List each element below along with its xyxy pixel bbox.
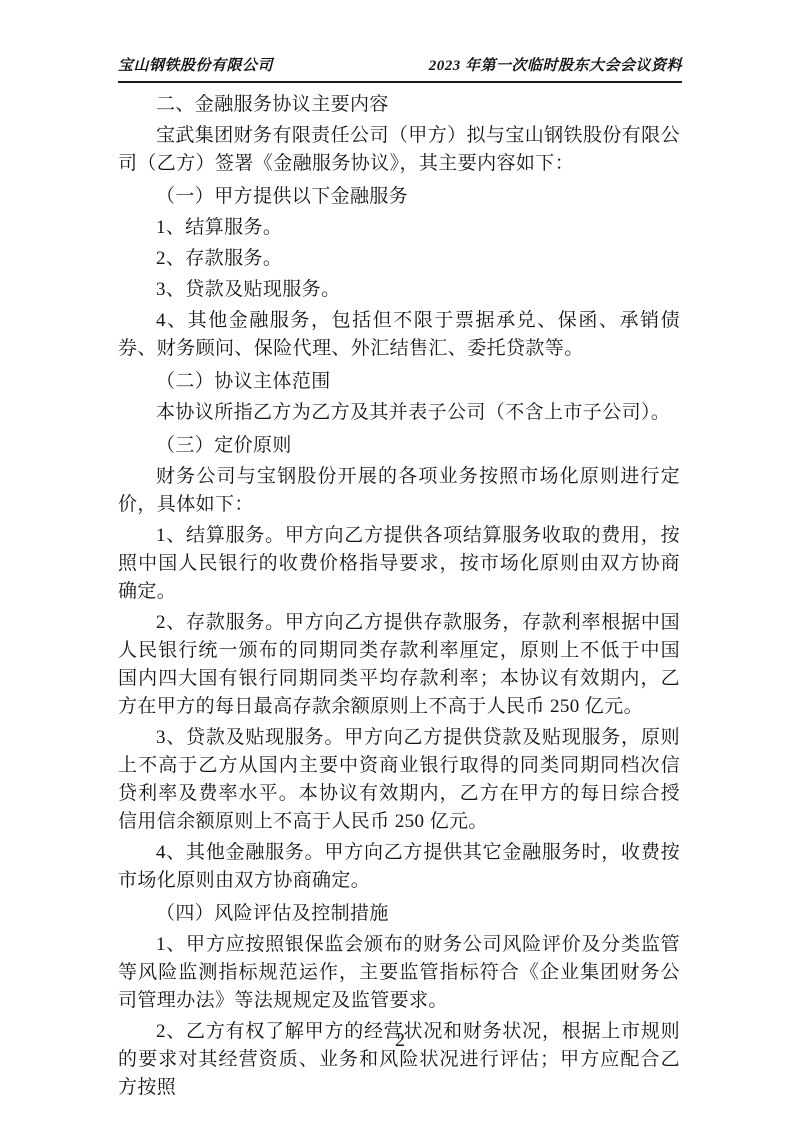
paragraph-body: 3、贷款及贴现服务。甲方向乙方提供贷款及贴现服务，原则上不高于乙方从国内主要中资… — [118, 724, 680, 836]
paragraph-body: 2、存款服务。甲方向乙方提供存款服务，存款利率根据中国人民银行统一颁布的同期同类… — [118, 609, 680, 721]
header-meeting-title: 2023 年第一次临时股东大会会议资料 — [429, 54, 682, 75]
header-company-name: 宝山钢铁股份有限公司 — [118, 54, 273, 75]
page-footer: 2 — [0, 1028, 800, 1052]
document-body: 二、金融服务协议主要内容宝武集团财务有限责任公司（甲方）拟与宝山钢铁股份有限公司… — [118, 91, 680, 1102]
page-number: 2 — [395, 1029, 405, 1051]
paragraph-heading2: （三）定价原则 — [118, 432, 680, 460]
paragraph-list: 1、结算服务。 — [118, 214, 680, 242]
paragraph-heading2: （四）风险评估及控制措施 — [118, 900, 680, 928]
paragraph-list: 2、存款服务。 — [118, 245, 680, 273]
paragraph-list: 4、其他金融服务，包括但不限于票据承兑、保函、承销债券、财务顾问、保险代理、外汇… — [118, 307, 680, 363]
paragraph-body: 宝武集团财务有限责任公司（甲方）拟与宝山钢铁股份有限公司（乙方）签署《金融服务协… — [118, 122, 680, 178]
document-page: 宝山钢铁股份有限公司 2023 年第一次临时股东大会会议资料 二、金融服务协议主… — [0, 0, 800, 1132]
paragraph-list: 3、贷款及贴现服务。 — [118, 276, 680, 304]
page-header: 宝山钢铁股份有限公司 2023 年第一次临时股东大会会议资料 — [118, 54, 682, 83]
paragraph-heading2: （一）甲方提供以下金融服务 — [118, 183, 680, 211]
paragraph-body: 财务公司与宝钢股份开展的各项业务按照市场化原则进行定价，具体如下： — [118, 463, 680, 519]
paragraph-body: 4、其他金融服务。甲方向乙方提供其它金融服务时，收费按市场化原则由双方协商确定。 — [118, 839, 680, 895]
paragraph-body: 1、结算服务。甲方向乙方提供各项结算服务收取的费用，按照中国人民银行的收费价格指… — [118, 522, 680, 606]
paragraph-body: 1、甲方应按照银保监会颁布的财务公司风险评价及分类监管等风险监测指标规范运作，主… — [118, 931, 680, 1015]
paragraph-body: 本协议所指乙方为乙方及其并表子公司（不含上市子公司）。 — [118, 399, 680, 427]
paragraph-heading1: 二、金融服务协议主要内容 — [118, 91, 680, 119]
paragraph-heading2: （二）协议主体范围 — [118, 368, 680, 396]
